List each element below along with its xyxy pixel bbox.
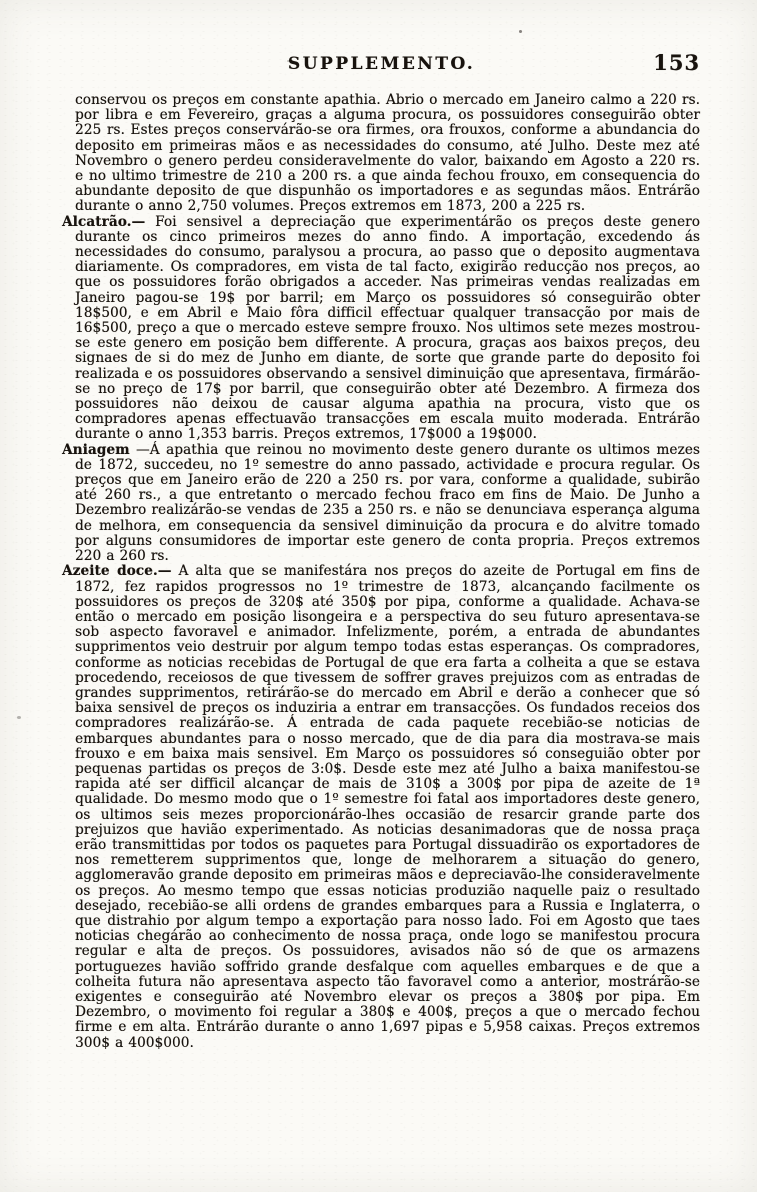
paragraph-lead-word: Alcatrão.— (62, 214, 145, 230)
paragraph: Azeite doce.— A alta que se manifestára … (75, 564, 700, 1051)
page-title: SUPPLEMENTO. (63, 54, 700, 74)
page-number: 153 (653, 50, 700, 75)
paragraph-lead-word: Azeite doce.— (62, 563, 171, 579)
paragraph-body-text: Foi sensivel a depreciação que experimen… (75, 214, 700, 443)
scan-speck (17, 716, 21, 719)
page: SUPPLEMENTO. 153 conservou os preços em … (0, 0, 757, 1192)
paragraph-body-text: —Á apathia que reinou no movimento deste… (75, 442, 700, 564)
paragraph: Alcatrão.— Foi sensivel a depreciação qu… (75, 215, 700, 443)
paragraph-body-text: conservou os preços em constante apathia… (75, 92, 700, 214)
paragraph-lead-word: Aniagem (62, 442, 130, 458)
scanned-book-page: { "page": { "header": { "title": "SUPPLE… (0, 0, 757, 1192)
paragraph-body-text: A alta que se manifestára nos preços do … (75, 563, 700, 1050)
running-head: SUPPLEMENTO. 153 (63, 0, 700, 86)
text-block: conservou os preços em constante apathia… (75, 93, 700, 1051)
paragraph: conservou os preços em constante apathia… (75, 93, 700, 215)
paragraph: Aniagem —Á apathia que reinou no movimen… (75, 443, 700, 565)
